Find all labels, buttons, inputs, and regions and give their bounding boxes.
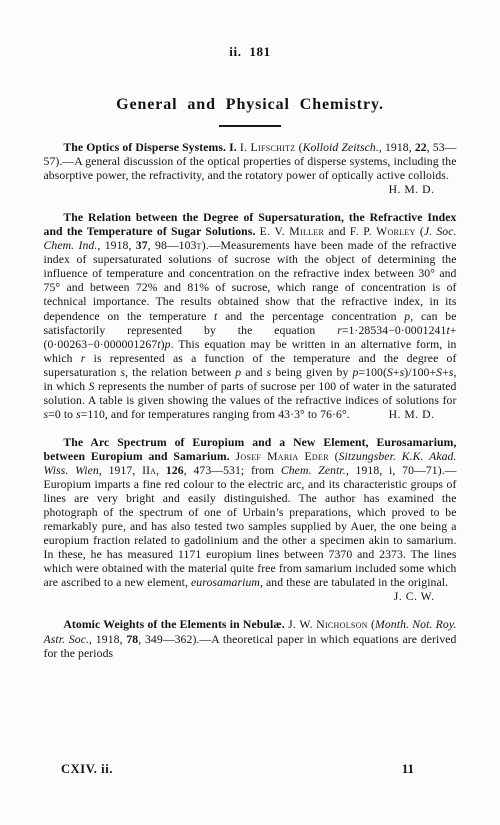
text-segment: =0 to	[48, 408, 76, 421]
abstract-text: The Arc Spectrum of Europium and a New E…	[44, 436, 457, 605]
text-segment: and	[241, 366, 266, 379]
text-segment: )/100+	[404, 366, 436, 379]
text-segment: Atomic Weights of the Elements in Nebulæ…	[63, 618, 288, 631]
text-segment: The Optics of Disperse Systems. I.	[63, 141, 239, 154]
text-segment: Chem. Zentr.	[281, 464, 346, 477]
abstract-entry: The Arc Spectrum of Europium and a New E…	[44, 436, 457, 605]
abstract-entry: The Relation between the Degree of Super…	[44, 211, 457, 422]
text-segment: (	[368, 618, 375, 631]
text-segment: and	[324, 225, 350, 238]
text-segment: (	[329, 450, 339, 463]
text-segment: =100(	[358, 366, 387, 379]
abstracts-container: The Optics of Disperse Systems. I. I. Li…	[44, 141, 457, 661]
abstract-signature: H. M. D.	[389, 183, 457, 197]
text-segment: F. P. Worley	[350, 225, 416, 238]
journal-page: ii. 181 General and Physical Chemistry. …	[0, 0, 500, 825]
text-segment: +	[393, 366, 400, 379]
text-segment: 37	[136, 239, 148, 252]
text-segment: I. Lifschitz	[240, 141, 296, 154]
text-segment: 22	[415, 141, 427, 154]
text-segment: , the relation between	[125, 366, 235, 379]
abstract-text: Atomic Weights of the Elements in Nebulæ…	[44, 618, 457, 660]
text-segment: , 1918,	[89, 633, 126, 646]
text-segment: Kolloid Zeitsch.	[303, 141, 379, 154]
text-segment: , 473—531; from	[184, 464, 281, 477]
text-segment: represents the number of parts of sucros…	[44, 380, 457, 407]
text-segment: , 1918, i, 70—71).—Europium imparts a fi…	[44, 464, 457, 589]
page-footer: CXIV. ii. 11	[44, 761, 458, 777]
page-number-header: ii. 181	[0, 0, 500, 60]
text-segment: , 1918,	[97, 239, 135, 252]
text-segment: ,	[156, 464, 166, 477]
text-segment: E. V. Miller	[260, 225, 325, 238]
footer-volume-label: CXIV. ii.	[61, 762, 113, 777]
text-segment: =110, and for temperatures ranging from …	[81, 408, 350, 421]
text-segment: (	[416, 225, 424, 238]
text-segment: +	[442, 366, 449, 379]
text-segment: J. W. Nicholson	[288, 618, 368, 631]
text-segment: (	[296, 141, 303, 154]
section-divider	[219, 125, 281, 127]
text-segment: 126	[166, 464, 184, 477]
text-segment: 78	[126, 633, 138, 646]
text-segment: , 1917, II	[99, 464, 150, 477]
text-segment: , 98—103	[148, 239, 197, 252]
text-segment: =1·28534−0·0001241	[342, 324, 447, 337]
abstract-entry: The Optics of Disperse Systems. I. I. Li…	[44, 141, 457, 197]
section-title: General and Physical Chemistry.	[0, 96, 500, 114]
text-segment: , and these are tabulated in the origina…	[260, 576, 448, 589]
abstract-text: The Relation between the Degree of Super…	[44, 211, 457, 422]
abstract-signature: J. C. W.	[394, 590, 457, 604]
text-segment: eurosamarium	[191, 576, 260, 589]
footer-page-number: 11	[402, 761, 414, 777]
abstract-entry: Atomic Weights of the Elements in Nebulæ…	[44, 618, 457, 660]
abstract-signature: H. M. D.	[389, 408, 457, 422]
text-segment: and the percentage concentration	[217, 310, 404, 323]
text-segment: Josef Maria Eder	[236, 450, 329, 463]
abstract-text: The Optics of Disperse Systems. I. I. Li…	[44, 141, 457, 197]
text-segment: being given by	[271, 366, 352, 379]
text-segment: , 1918,	[379, 141, 415, 154]
